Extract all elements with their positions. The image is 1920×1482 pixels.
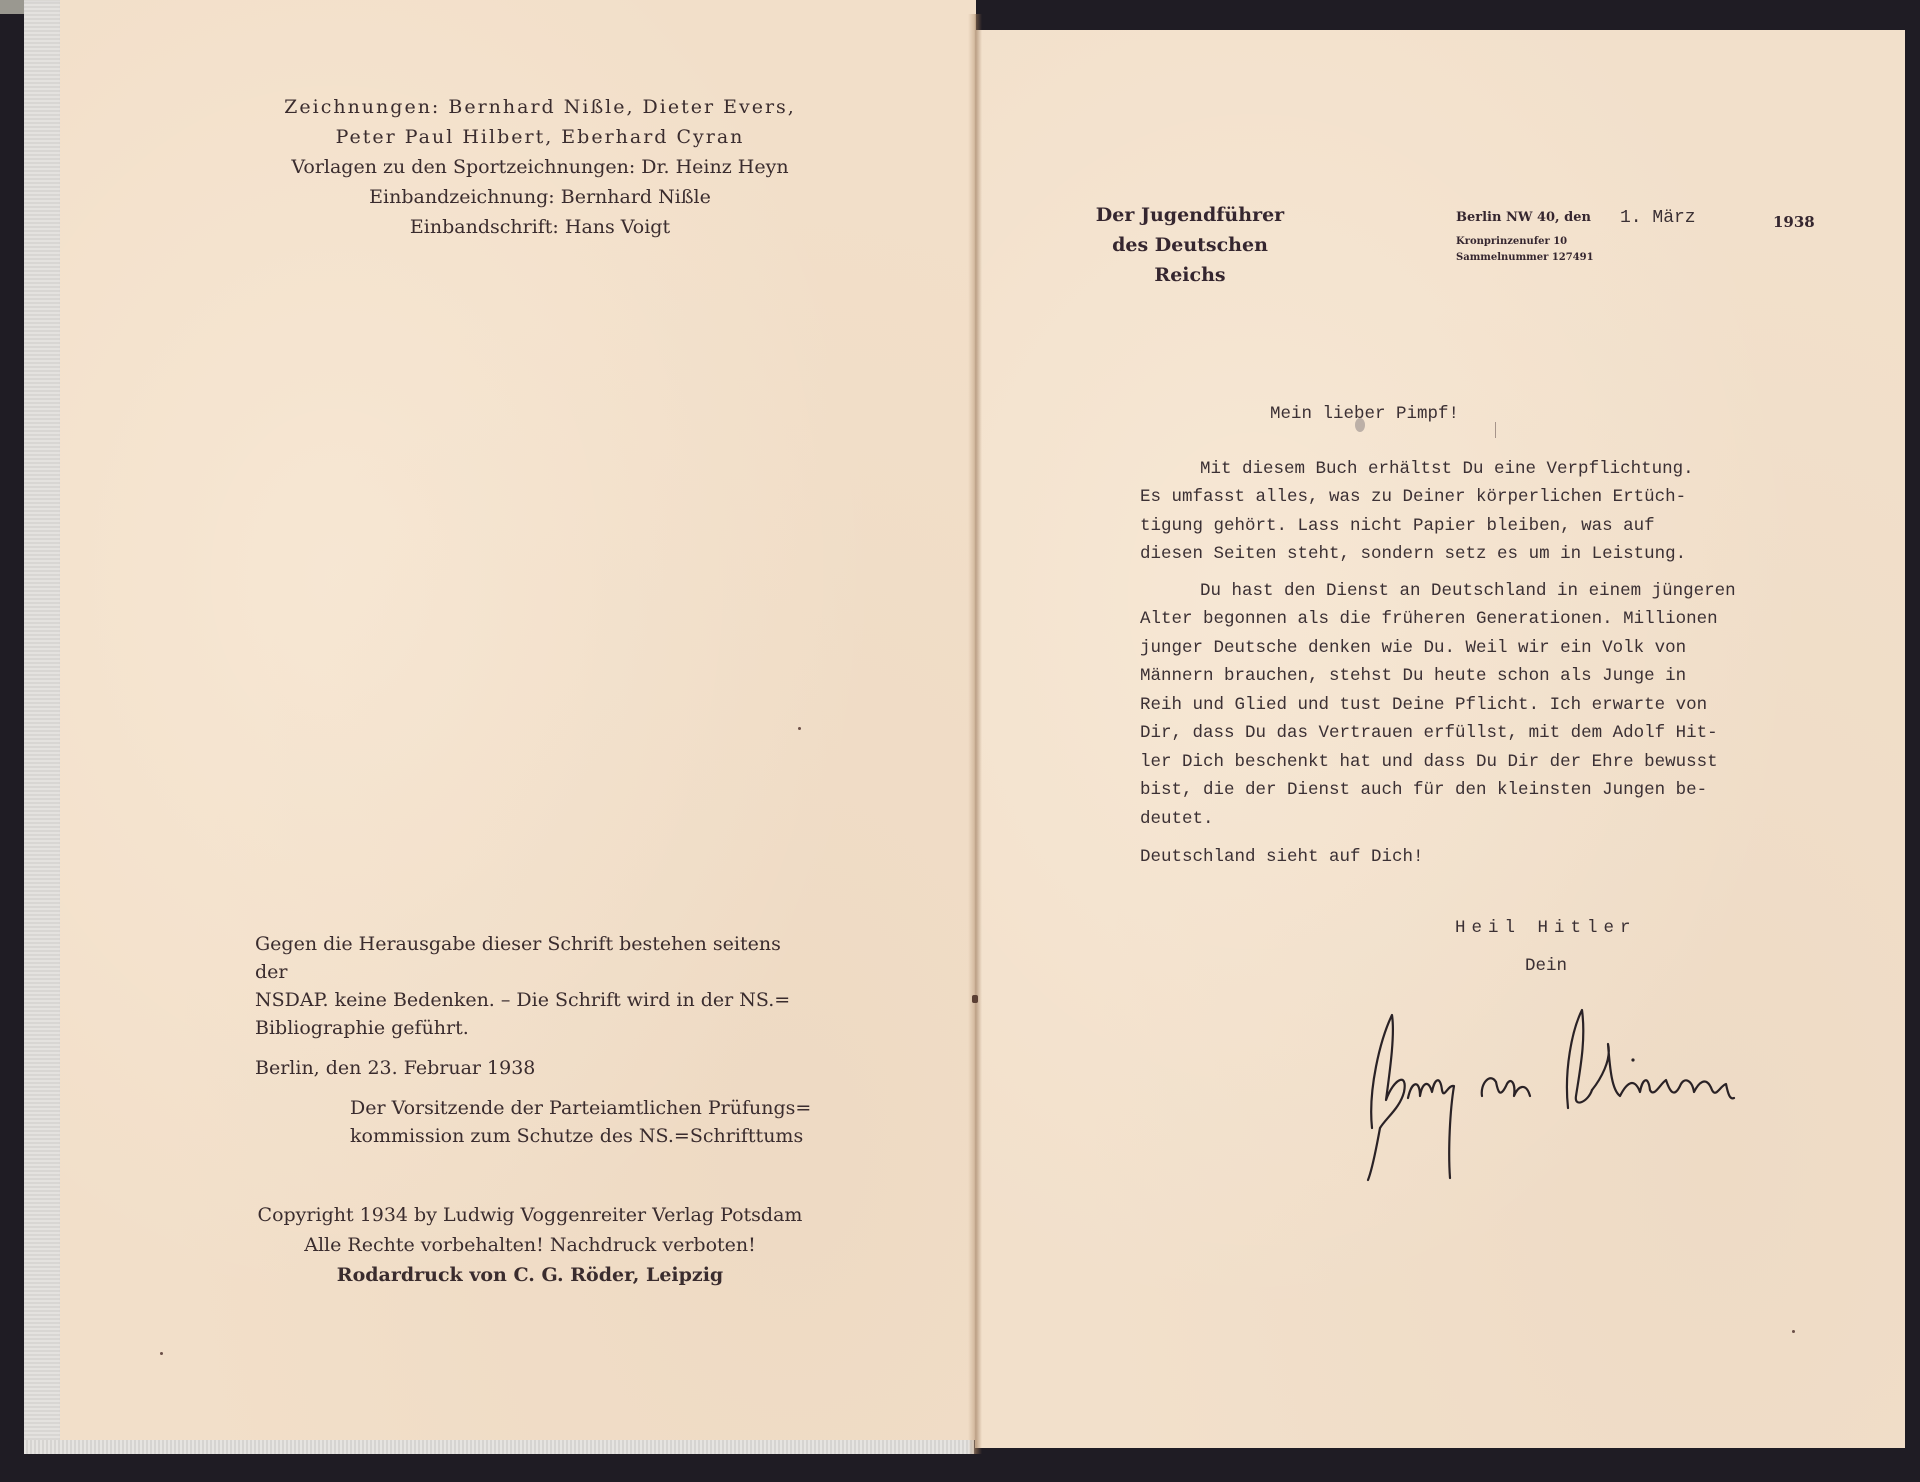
letter-line: Dir, dass Du das Vertrauen erfüllst, mit… [1140,719,1810,748]
letterhead-org-line: Der Jugendführer [1090,200,1290,230]
letterhead-address: Kronprinzenufer 10 Sammelnummer 127491 [1456,234,1594,266]
copyright-line: Copyright 1934 by Ludwig Voggenreiter Ve… [240,1200,820,1230]
letter-valediction: Heil Hitler [1455,918,1637,938]
party-approval-notice: Gegen die Herausgabe dieser Schrift best… [255,930,815,1150]
letterhead-org-line: des Deutschen Reichs [1090,230,1290,290]
letter-line: Du hast den Dienst an Deutschland in ein… [1140,577,1810,606]
letter-line: tigung gehört. Lass nicht Papier bleiben… [1140,512,1810,541]
paper-speck [798,727,801,730]
rights-line: Alle Rechte vorbehalten! Nachdruck verbo… [240,1230,820,1260]
letterhead-address-line: Kronprinzenufer 10 [1456,234,1594,250]
letter-paragraph-1: Mit diesem Buch erhältst Du eine Verpfli… [1140,455,1810,569]
credit-line: Zeichnungen: Bernhard Nißle, Dieter Ever… [240,92,840,122]
cloth-binding-bottom [24,1440,974,1454]
approval-paragraph: Gegen die Herausgabe dieser Schrift best… [255,930,815,1042]
letter-line: Reih und Glied und tust Deine Pflicht. I… [1140,691,1810,720]
credit-line: Einbandschrift: Hans Voigt [240,212,840,242]
letter-salutation: Mein lieber Pimpf! [1140,400,1810,429]
spine-damage-mark [972,995,978,1003]
letter-dein: Dein [1525,956,1567,976]
letterhead-place: Berlin NW 40, den [1456,210,1591,225]
letter-line: Es umfasst alles, was zu Deiner körperli… [1140,483,1810,512]
letter-line: junger Deutsche denken wie Du. Weil wir … [1140,634,1810,663]
cloth-binding-left [24,0,64,1450]
letterhead-phone-line: Sammelnummer 127491 [1456,250,1594,266]
letter-line: bist, die der Dienst auch für den kleins… [1140,776,1810,805]
letter-year: 1938 [1773,213,1815,231]
signer-line: kommission zum Schutze des NS.=Schrifttu… [350,1122,815,1150]
letter-line: diesen Seiten steht, sondern setz es um … [1140,540,1810,569]
credit-line: Vorlagen zu den Sportzeichnungen: Dr. He… [240,152,840,182]
handwritten-signature: Baldur von Schirach [1350,1000,1790,1200]
letter-line: Mit diesem Buch erhältst Du eine Verpfli… [1140,455,1810,484]
letter-line: Männern brauchen, stehst Du heute schon … [1140,662,1810,691]
signer-line: Der Vorsitzende der Parteiamtlichen Prüf… [350,1094,815,1122]
credit-line: Peter Paul Hilbert, Eberhard Cyran [240,122,840,152]
letter-line: Alter begonnen als die früheren Generati… [1140,605,1810,634]
letter-line: deutet. [1140,805,1810,834]
letter-paragraph-2: Du hast den Dienst an Deutschland in ein… [1140,577,1810,834]
credit-line: Einbandzeichnung: Bernhard Nißle [240,182,840,212]
paper-speck [160,1352,163,1355]
illustration-credits: Zeichnungen: Bernhard Nißle, Dieter Ever… [240,92,840,242]
letter-line: ler Dich beschenkt hat und dass Du Dir d… [1140,748,1810,777]
letter-closing-line: Deutschland sieht auf Dich! [1140,843,1810,872]
approval-line: Gegen die Herausgabe dieser Schrift best… [255,930,815,986]
letterhead-organization: Der Jugendführer des Deutschen Reichs [1090,200,1290,290]
approval-date: Berlin, den 23. Februar 1938 [255,1054,815,1082]
approval-line: Bibliographie geführt. [255,1014,815,1042]
paper-speck [1792,1330,1795,1333]
book-spine-gutter [968,14,982,1454]
letter-body: Mein lieber Pimpf! Mit diesem Buch erhäl… [1140,400,1810,872]
letter-date: 1. März [1620,208,1696,228]
approval-signer: Der Vorsitzende der Parteiamtlichen Prüf… [255,1094,815,1150]
approval-line: NSDAP. keine Bedenken. – Die Schrift wir… [255,986,815,1014]
printer-line: Rodardruck von C. G. Röder, Leipzig [240,1260,820,1290]
copyright-block: Copyright 1934 by Ludwig Voggenreiter Ve… [240,1200,820,1290]
